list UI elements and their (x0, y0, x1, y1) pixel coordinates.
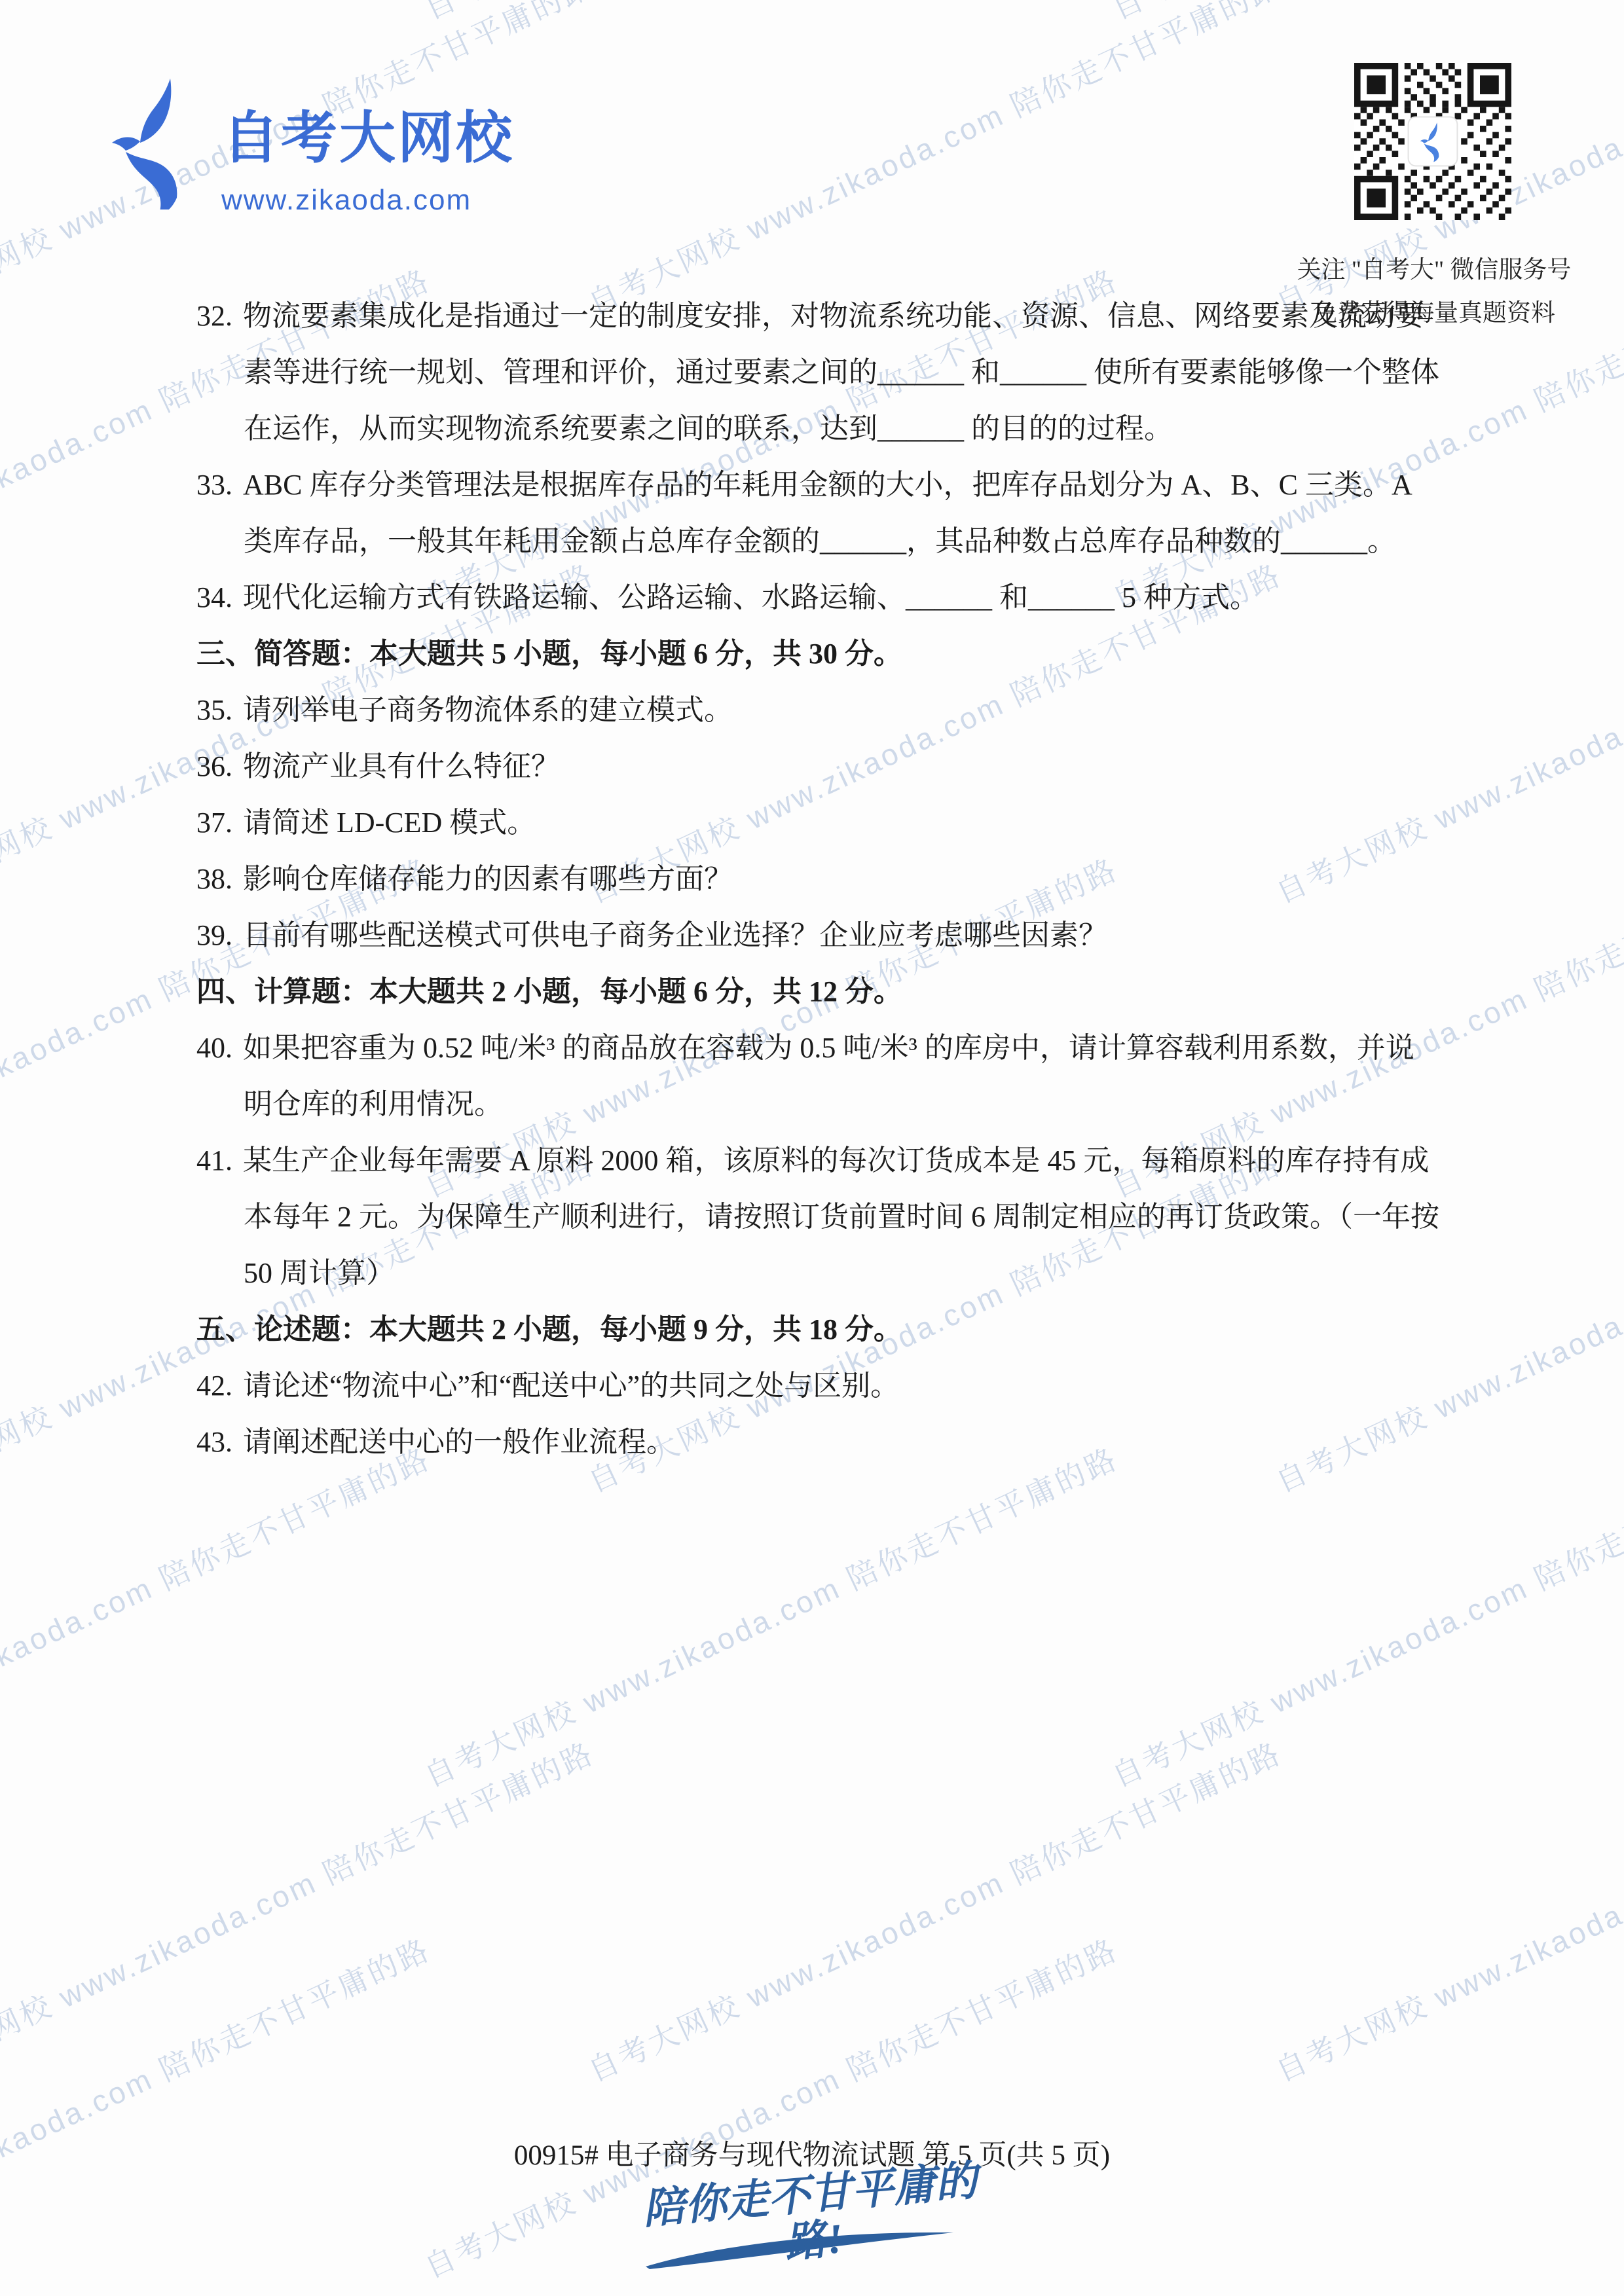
question-text: ABC 库存分类管理法是根据库存品的年耗用金额的大小，把库存品划分为 A、B、C… (243, 469, 1411, 557)
section-text: 简答题：本大题共 5 小题，每小题 6 分，共 30 分。 (254, 638, 902, 670)
question-number: 43. (196, 1426, 243, 1458)
section-text: 计算题：本大题共 2 小题，每小题 6 分，共 12 分。 (254, 975, 902, 1008)
watermark-text: 自考大网校 www.zikaoda.com 陪你走不甘平庸的路 (0, 1435, 437, 1796)
question-number: 38. (196, 863, 243, 895)
section-heading-4: 四、计算题：本大题共 2 小题，每小题 6 分，共 12 分。 (196, 964, 1441, 1020)
question-number: 33. (196, 469, 243, 501)
question-text: 影响仓库储存能力的因素有哪些方面？ (243, 863, 733, 895)
question-text: 请列举电子商务物流体系的建立模式。 (243, 694, 733, 726)
brand-url: www.zikaoda.com (221, 186, 471, 215)
watermark-text: 自考大网校 www.zikaoda.com 陪你走不甘平庸的路 (0, 1730, 600, 2090)
question-text: 请阐述配送中心的一般作业流程。 (243, 1426, 675, 1458)
watermark-text: 自考大网校 www.zikaoda.com 陪你走不甘平庸的路 (0, 0, 437, 28)
section-number: 三、 (196, 638, 254, 670)
question-number: 42. (196, 1370, 243, 1402)
watermark-text: 自考大网校 www.zikaoda.com 陪你走不甘平庸的路 (580, 0, 1288, 323)
exam-content: 32.物流要素集成化是指通过一定的制度安排，对物流系统功能、资源、信息、网络要素… (196, 288, 1441, 1470)
section-number: 五、 (196, 1313, 254, 1345)
question-number: 36. (196, 750, 243, 782)
question-39: 39.目前有哪些配送模式可供电子商务企业选择？企业应考虑哪些因素？ (196, 907, 1441, 964)
qr-code (1354, 63, 1511, 220)
qr-caption-line1: 关注 "自考大" 微信服务号 (1264, 249, 1604, 292)
question-36: 36.物流产业具有什么特征？ (196, 738, 1441, 795)
brand-bird-icon (110, 79, 202, 210)
question-35: 35.请列举电子商务物流体系的建立模式。 (196, 682, 1441, 738)
question-text: 如果把容重为 0.52 吨/米³ 的商品放在容载为 0.5 吨/米³ 的库房中，… (243, 1032, 1414, 1120)
section-number: 四、 (196, 975, 254, 1008)
question-38: 38.影响仓库储存能力的因素有哪些方面？ (196, 851, 1441, 907)
question-32: 32.物流要素集成化是指通过一定的制度安排，对物流系统功能、资源、信息、网络要素… (196, 288, 1441, 457)
section-heading-3: 三、简答题：本大题共 5 小题，每小题 6 分，共 30 分。 (196, 626, 1441, 682)
watermark-text: 自考大网校 www.zikaoda.com 陪你走不甘平庸的路 (416, 1435, 1124, 1796)
watermark-text: 自考大网校 www.zikaoda.com 陪你走不甘平庸的路 (1104, 1435, 1624, 1796)
section-text: 论述题：本大题共 2 小题，每小题 9 分，共 18 分。 (254, 1313, 902, 1345)
exam-page: 自考大网校 www.zikaoda.com 陪你走不甘平庸的路 自考大网校 ww… (0, 0, 1624, 2296)
question-37: 37.请简述 LD-CED 模式。 (196, 795, 1441, 851)
question-41: 41.某生产企业每年需要 A 原料 2000 箱，该原料的每次订货成本是 45 … (196, 1133, 1441, 1302)
question-43: 43.请阐述配送中心的一般作业流程。 (196, 1414, 1441, 1470)
question-text: 目前有哪些配送模式可供电子商务企业选择？企业应考虑哪些因素？ (243, 919, 1107, 951)
question-number: 34. (196, 581, 243, 613)
question-text: 请论述“物流中心”和“配送中心”的共同之处与区别。 (243, 1370, 899, 1402)
question-number: 41. (196, 1144, 243, 1176)
question-33: 33.ABC 库存分类管理法是根据库存品的年耗用金额的大小，把库存品划分为 A、… (196, 457, 1441, 570)
question-number: 35. (196, 694, 243, 726)
watermark-text: 自考大网校 www.zikaoda.com 陪你走不甘平庸的路 (1268, 1730, 1624, 2090)
qr-center-logo-box (1409, 117, 1458, 166)
question-text: 现代化运输方式有铁路运输、公路运输、水路运输、______ 和______ 5 … (243, 581, 1259, 613)
page-info: 00915# 电子商务与现代物流试题 第 5 页(共 5 页) (0, 2133, 1624, 2173)
question-number: 39. (196, 919, 243, 951)
question-text: 物流要素集成化是指通过一定的制度安排，对物流系统功能、资源、信息、网络要素及流动… (243, 300, 1439, 445)
question-number: 32. (196, 300, 243, 332)
question-text: 某生产企业每年需要 A 原料 2000 箱，该原料的每次订货成本是 45 元，每… (243, 1144, 1439, 1289)
question-34: 34.现代化运输方式有铁路运输、公路运输、水路运输、______ 和______… (196, 570, 1441, 626)
section-heading-5: 五、论述题：本大题共 2 小题，每小题 9 分，共 18 分。 (196, 1302, 1441, 1358)
question-text: 请简述 LD-CED 模式。 (243, 807, 536, 839)
question-42: 42.请论述“物流中心”和“配送中心”的共同之处与区别。 (196, 1358, 1441, 1414)
brand-name: 自考大网校 (223, 110, 514, 166)
question-number: 40. (196, 1032, 243, 1064)
question-number: 37. (196, 807, 243, 839)
question-40: 40.如果把容重为 0.52 吨/米³ 的商品放在容载为 0.5 吨/米³ 的库… (196, 1020, 1441, 1133)
question-text: 物流产业具有什么特征？ (243, 750, 560, 782)
